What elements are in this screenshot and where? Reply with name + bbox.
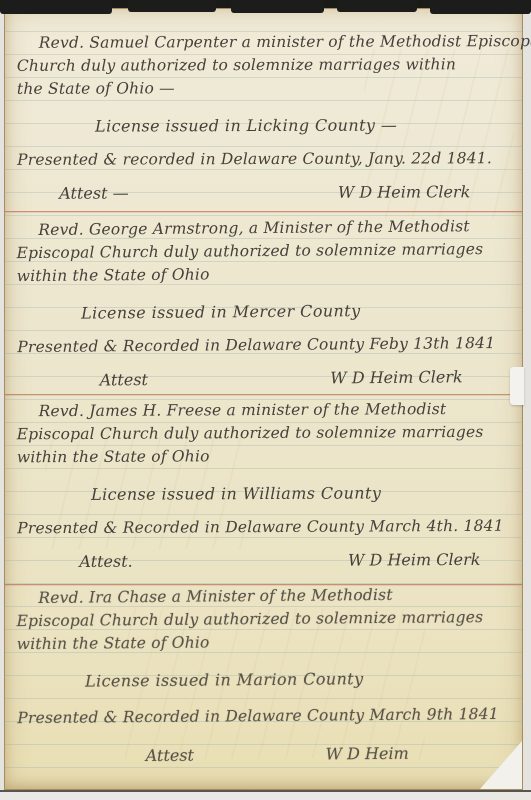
paper-edge-tear	[510, 367, 524, 405]
entry-body-line: Episcopal Church duly authorized to sole…	[16, 606, 511, 633]
license-issued-line: License issued in Mercer County	[17, 300, 512, 323]
entry-body: Revd. Samuel Carpenter a minister of the…	[17, 30, 512, 101]
attest-row: Attest. W D Heim Clerk	[17, 550, 512, 572]
entry-body: Revd. George Armstrong, a Minister of th…	[16, 215, 512, 288]
entry-body-line: Revd. Samuel Carpenter a minister of the…	[17, 30, 512, 55]
torn-edge-fragment	[337, 0, 417, 12]
scan-background-strip	[0, 792, 531, 800]
register-entry: Revd. James H. Freese a minister of the …	[17, 398, 513, 572]
torn-edge-fragment	[128, 0, 216, 12]
attest-row: Attest W D Heim	[18, 743, 513, 766]
entry-body-line: Episcopal Church duly authorized to sole…	[16, 238, 511, 265]
entry-body-line: within the State of Ohio	[17, 629, 512, 656]
register-entry: Revd. Ira Chase a Minister of the Method…	[16, 583, 513, 766]
attest-label: Attest.	[79, 552, 132, 571]
attest-label: Attest	[100, 370, 148, 389]
entry-body-line: within the State of Ohio	[17, 444, 512, 470]
entry-separator-rule	[5, 211, 522, 212]
entry-separator-rule	[5, 394, 522, 395]
presented-recorded-line: Presented & Recorded in Delaware County …	[17, 517, 512, 538]
scanned-register-page: Revd. Samuel Carpenter a minister of the…	[0, 0, 531, 800]
entry-body-line: the State of Ohio —	[17, 76, 512, 101]
entry-body-line: Revd. James H. Freese a minister of the …	[17, 398, 512, 424]
presented-recorded-line: Presented & Recorded in Delaware County …	[17, 334, 512, 356]
attest-label: Attest	[146, 746, 194, 765]
attest-row: Attest — W D Heim Clerk	[17, 182, 512, 203]
license-issued-line: License issued in Williams County	[17, 483, 512, 505]
presented-recorded-line: Presented & recorded in Delaware County,…	[17, 149, 512, 169]
presented-recorded-line: Presented & Recorded in Delaware County …	[17, 705, 512, 727]
entry-body-line: Church duly authorized to solemnize marr…	[17, 53, 512, 78]
clerk-signature: W D Heim Clerk	[330, 367, 463, 387]
entry-body: Revd. Ira Chase a Minister of the Method…	[16, 583, 512, 656]
license-issued-line: License issued in Marion County	[17, 668, 512, 691]
entry-body-line: within the State of Ohio	[17, 261, 512, 288]
entry-body: Revd. James H. Freese a minister of the …	[17, 398, 512, 470]
attest-label: Attest —	[59, 183, 128, 202]
entry-body-line: Episcopal Church duly authorized to sole…	[17, 421, 512, 447]
torn-edge-fragment	[430, 0, 531, 14]
clerk-signature: W D Heim	[325, 744, 408, 764]
register-entry: Revd. George Armstrong, a Minister of th…	[16, 215, 512, 390]
clerk-signature: W D Heim Clerk	[338, 182, 470, 201]
ledger-paper: Revd. Samuel Carpenter a minister of the…	[4, 8, 523, 790]
clerk-signature: W D Heim Clerk	[348, 550, 481, 570]
attest-row: Attest W D Heim Clerk	[18, 367, 513, 390]
torn-edge-fragment	[0, 0, 112, 14]
register-entry: Revd. Samuel Carpenter a minister of the…	[17, 30, 513, 203]
license-issued-line: License issued in Licking County —	[17, 115, 512, 136]
torn-edge-fragment	[231, 0, 324, 13]
